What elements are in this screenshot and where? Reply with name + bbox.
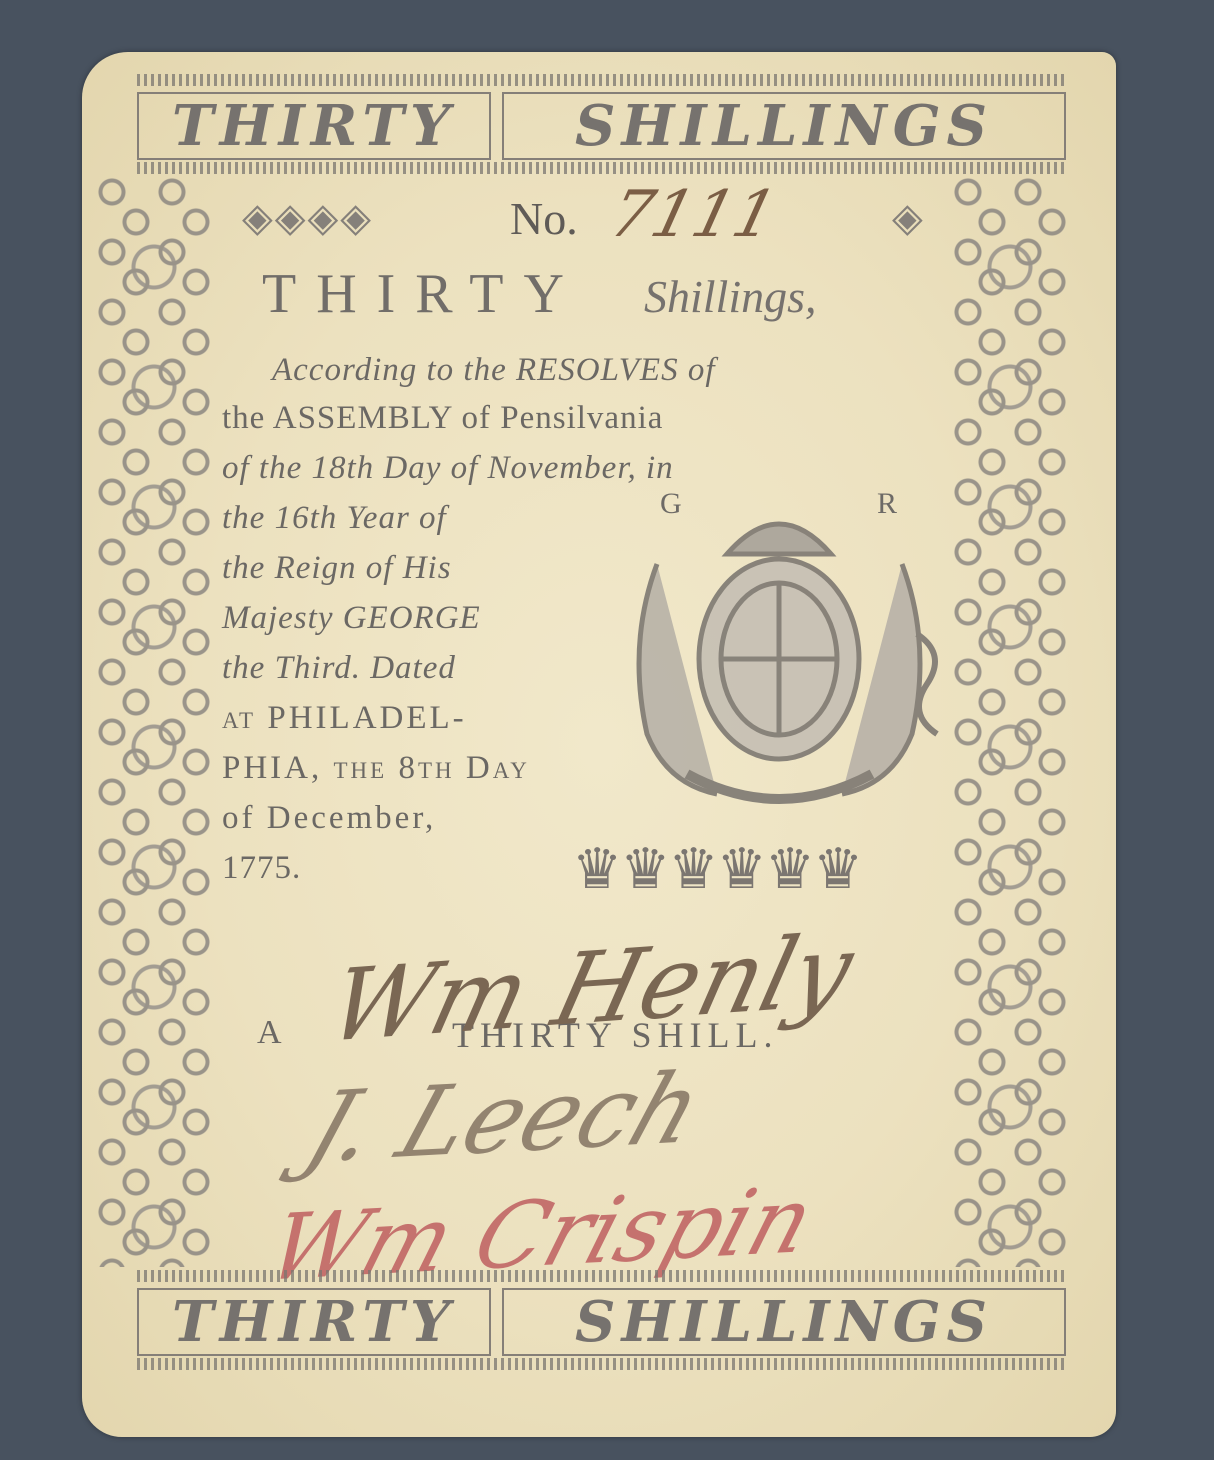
serial-number: 7111 <box>603 178 784 252</box>
banner-word-thirty: THIRTY <box>137 1288 491 1356</box>
body-line: the 16th Year of <box>222 500 447 537</box>
number-label: No. <box>510 192 578 245</box>
diamond-ornament-icon: ◈◈◈◈ <box>242 194 373 241</box>
body-line: 1775. <box>222 850 301 887</box>
banner-word-thirty: THIRTY <box>137 92 491 160</box>
zigzag-border <box>137 162 1067 174</box>
body-line: the ASSEMBLY of Pensilvania <box>222 400 663 437</box>
plate-letter: A <box>257 1014 282 1052</box>
zigzag-border <box>137 1270 1067 1282</box>
body-line: the Third. Dated <box>222 650 456 687</box>
zigzag-border <box>137 1358 1067 1370</box>
body-line: of the 18th Day of November, in <box>222 450 674 487</box>
body-line: at PHILADEL- <box>222 700 467 737</box>
denomination-caps: THIRTY <box>262 262 584 326</box>
body-line: the Reign of His <box>222 550 452 587</box>
body-line: Majesty GEORGE <box>222 600 481 637</box>
banner-word-shillings: SHILLINGS <box>502 1288 1066 1356</box>
signature: Wm Henly <box>318 913 864 1065</box>
body-line: According to the RESOLVES of <box>272 352 715 389</box>
diamond-ornament-icon: ◈ <box>892 194 923 241</box>
crown-row-icon: ♛♛♛♛♛♛ <box>572 837 861 902</box>
body-line: of December, <box>222 800 436 837</box>
right-ornamental-border <box>950 177 1070 1267</box>
denomination-script: Shillings, <box>644 270 817 323</box>
bottom-banner: THIRTY SHILLINGS <box>127 1270 1077 1370</box>
left-ornamental-border <box>94 177 214 1267</box>
royal-coat-of-arms-icon <box>607 484 952 834</box>
body-line: PHIA, the 8th Day <box>222 750 530 787</box>
signature: J. Leech <box>293 1051 717 1185</box>
zigzag-border <box>137 74 1067 86</box>
banner-word-shillings: SHILLINGS <box>502 92 1066 160</box>
banknote: THIRTY SHILLINGS ◈◈◈◈ ◈ No. 7111 THIRTY … <box>82 52 1116 1437</box>
top-banner: THIRTY SHILLINGS <box>127 74 1077 174</box>
